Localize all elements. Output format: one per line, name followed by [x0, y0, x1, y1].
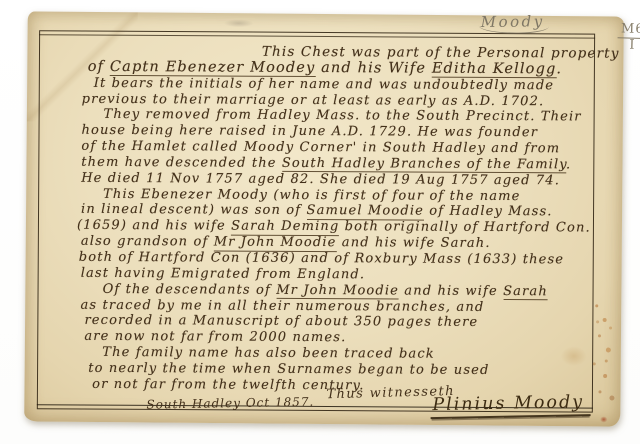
underlined-name: Mr John Moodie: [276, 282, 399, 299]
underlined-name: Sarah Deming: [231, 219, 339, 236]
pencil-annotation: Moody: [479, 12, 549, 34]
text-segment: and his Wife: [315, 60, 432, 77]
text-segment: and his wife: [399, 283, 503, 299]
shelf-mark: M6 I: [617, 22, 640, 53]
top-smudge: [224, 19, 254, 27]
underlined-name: Samuel Moodie: [307, 203, 425, 220]
text-segment: in lineal descent) was son of: [81, 202, 307, 218]
underlined-name: Captn Ebenezer Moodey: [110, 59, 316, 78]
text-segment: .: [566, 157, 571, 172]
underlined-name: Sarah: [503, 284, 548, 301]
shelf-mark-bottom: I: [617, 38, 640, 53]
manuscript-lines: This Chest was part of the Personal prop…: [80, 44, 607, 395]
text-segment: or not far from the twelfth century.: [92, 377, 365, 393]
text-segment: of Hadley Mass.: [424, 204, 553, 220]
text-segment: house being here raised in June A.D. 172…: [81, 123, 538, 140]
shelf-mark-top: M6: [618, 22, 640, 39]
text-segment: are now not far from 2000 names.: [84, 329, 346, 345]
text-segment: He died 11 Nov 1757 aged 82. She died 19…: [81, 171, 560, 189]
text-segment: The family name has also been traced bac…: [102, 345, 435, 362]
underlined-name: Editha Kellogg: [432, 60, 557, 78]
text-segment: them have descended the: [81, 155, 282, 171]
text-segment: both of Hartford Con (1636) and of Roxbu…: [79, 250, 564, 268]
stain-blotch: [561, 346, 587, 366]
text-segment: as traced by me in all their numerous br…: [81, 297, 485, 314]
photo-background: Moody M6 I This Chest was part of the Pe…: [0, 0, 640, 444]
foxing-stains: [595, 304, 598, 307]
text-segment: to nearly the time when Surnames began t…: [88, 361, 489, 378]
signature-text: Plinius Moody: [430, 392, 590, 419]
text-segment: It bears the initials of her name and wa…: [94, 76, 555, 93]
text-segment: They removed from Hadley Mass. to the So…: [104, 107, 582, 125]
text-segment: of the Hamlet called Moody Corner' in So…: [81, 139, 560, 157]
text-segment: recorded in a Manuscript of about 350 pa…: [84, 313, 478, 330]
text-segment: (1659) and his wife: [77, 218, 231, 234]
dateline-text: South Hadley Oct 1857.: [146, 395, 314, 412]
text-segment: previous to their marriage or at least a…: [82, 91, 545, 108]
text-segment: both originally of Hartford Con.: [339, 219, 591, 235]
text-segment: This Ebenezer Moody (who is first of fou…: [103, 187, 520, 204]
manuscript-paper: Moody M6 I This Chest was part of the Pe…: [24, 11, 624, 426]
text-segment: .: [556, 61, 562, 77]
text-segment: of: [88, 59, 110, 75]
underlined-name: Mr John Moodie: [214, 235, 337, 252]
text-segment: last having Emigrated from England.: [81, 266, 366, 282]
corner-stain: [600, 416, 607, 422]
text-segment: and his wife Sarah.: [336, 235, 490, 251]
text-segment: also grandson of: [81, 234, 214, 250]
text-segment: Of the descendants of: [103, 282, 277, 298]
